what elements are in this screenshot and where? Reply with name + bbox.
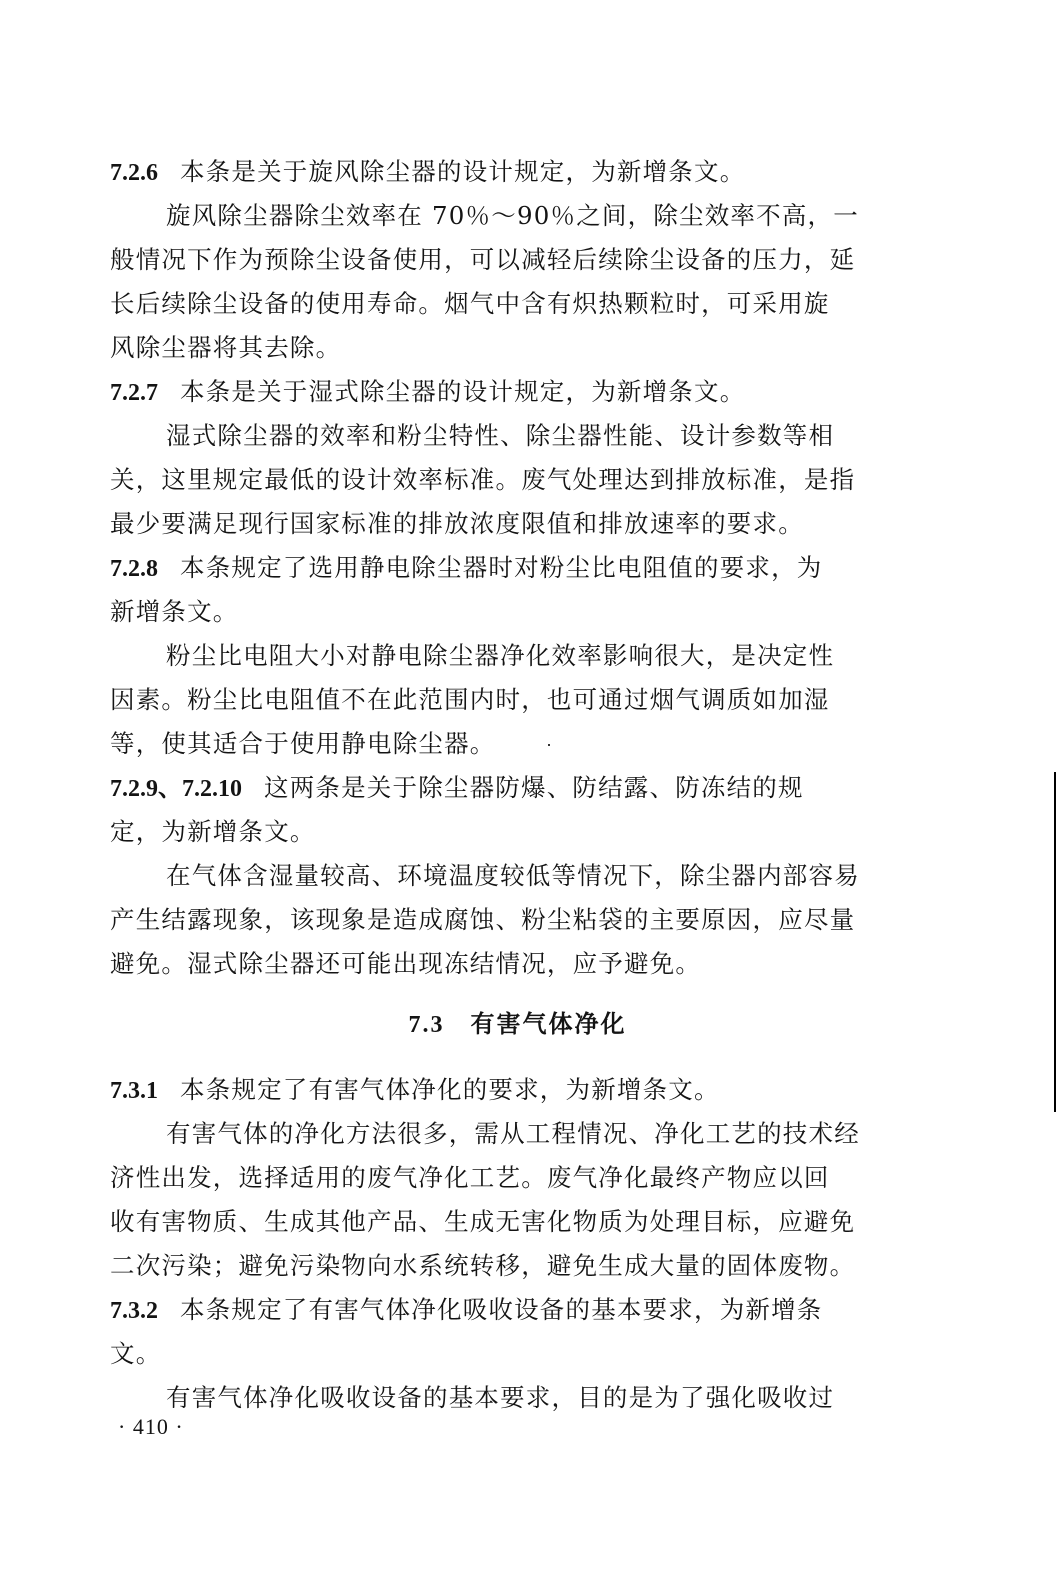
clause-7-2-9-10-heading: 7.2.9、7.2.10这两条是关于除尘器防爆、防结露、防冻结的规 [110,766,804,810]
clause-7-3-2-heading: 7.3.2本条规定了有害气体净化吸收设备的基本要求，为新增条 [110,1288,823,1332]
paragraph-line: 等，使其适合于使用静电除尘器。 [110,722,496,766]
section-title: 有害气体净化 [471,1009,627,1038]
clause-number: 7.2.7 [110,380,158,406]
clause-text: 这两条是关于除尘器防爆、防结露、防冻结的规 [264,773,804,802]
clause-text: 本条规定了有害气体净化吸收设备的基本要求，为新增条 [180,1295,823,1324]
clause-text: 本条规定了选用静电除尘器时对粉尘比电阻值的要求，为 [180,553,823,582]
paragraph-line: 新增条文。 [110,590,239,634]
paragraph-line: 有害气体净化吸收设备的基本要求，目的是为了强化吸收过 [166,1376,834,1420]
paragraph-line: 关，这里规定最低的设计效率标准。废气处理达到排放标准，是指 [110,458,855,502]
paragraph-line: 济性出发，选择适用的废气净化工艺。废气净化最终产物应以回 [110,1156,830,1200]
clause-7-3-1-heading: 7.3.1本条规定了有害气体净化的要求，为新增条文。 [110,1068,720,1112]
clause-number: 7.3.2 [110,1298,158,1324]
paragraph-line: 产生结露现象，该现象是造成腐蚀、粉尘粘袋的主要原因，应尽量 [110,898,855,942]
paragraph-line: 避免。湿式除尘器还可能出现冻结情况，应予避免。 [110,942,701,986]
paragraph-line: 有害气体的净化方法很多，需从工程情况、净化工艺的技术经 [166,1112,860,1156]
section-heading: 7.3有害气体净化 [110,1002,925,1046]
clause-text: 本条是关于旋风除尘器的设计规定，为新增条文。 [180,157,745,186]
clause-number: 7.3.1 [110,1078,158,1104]
paragraph-line: 般情况下作为预除尘设备使用，可以减轻后续除尘设备的压力，延 [110,238,855,282]
paragraph-line: 旋风除尘器除尘效率在 70％～90％之间，除尘效率不高，一 [166,194,859,238]
clause-7-2-7-heading: 7.2.7本条是关于湿式除尘器的设计规定，为新增条文。 [110,370,745,414]
clause-text: 本条规定了有害气体净化的要求，为新增条文。 [180,1075,720,1104]
paragraph-line: 粉尘比电阻大小对静电除尘器净化效率影响很大，是决定性 [166,634,834,678]
clause-text: 本条是关于湿式除尘器的设计规定，为新增条文。 [180,377,745,406]
paragraph-line: 风除尘器将其去除。 [110,326,341,370]
paragraph-line: 二次污染；避免污染物向水系统转移，避免生成大量的固体废物。 [110,1244,855,1288]
clause-7-2-8-heading: 7.2.8本条规定了选用静电除尘器时对粉尘比电阻值的要求，为 [110,546,823,590]
paragraph-line: 最少要满足现行国家标准的排放浓度限值和排放速率的要求。 [110,502,804,546]
paragraph-line: 收有害物质、生成其他产品、生成无害化物质为处理目标，应避免 [110,1200,855,1244]
clause-number: 7.2.8 [110,556,158,582]
paragraph-line: 定，为新增条文。 [110,810,316,854]
paragraph-line: 文。 [110,1332,161,1376]
page-number: · 410 · [118,1414,184,1440]
clause-number: 7.2.9、7.2.10 [110,776,242,802]
paragraph-line: 湿式除尘器的效率和粉尘特性、除尘器性能、设计参数等相 [166,414,834,458]
scan-speck [548,744,550,746]
paragraph-line: 因素。粉尘比电阻值不在此范围内时，也可通过烟气调质如加湿 [110,678,830,722]
clause-7-2-6-heading: 7.2.6本条是关于旋风除尘器的设计规定，为新增条文。 [110,150,745,194]
section-number: 7.3 [409,1012,445,1038]
paragraph-line: 长后续除尘设备的使用寿命。烟气中含有炽热颗粒时，可采用旋 [110,282,830,326]
clause-number: 7.2.6 [110,160,158,186]
paragraph-line: 在气体含湿量较高、环境温度较低等情况下，除尘器内部容易 [166,854,860,898]
